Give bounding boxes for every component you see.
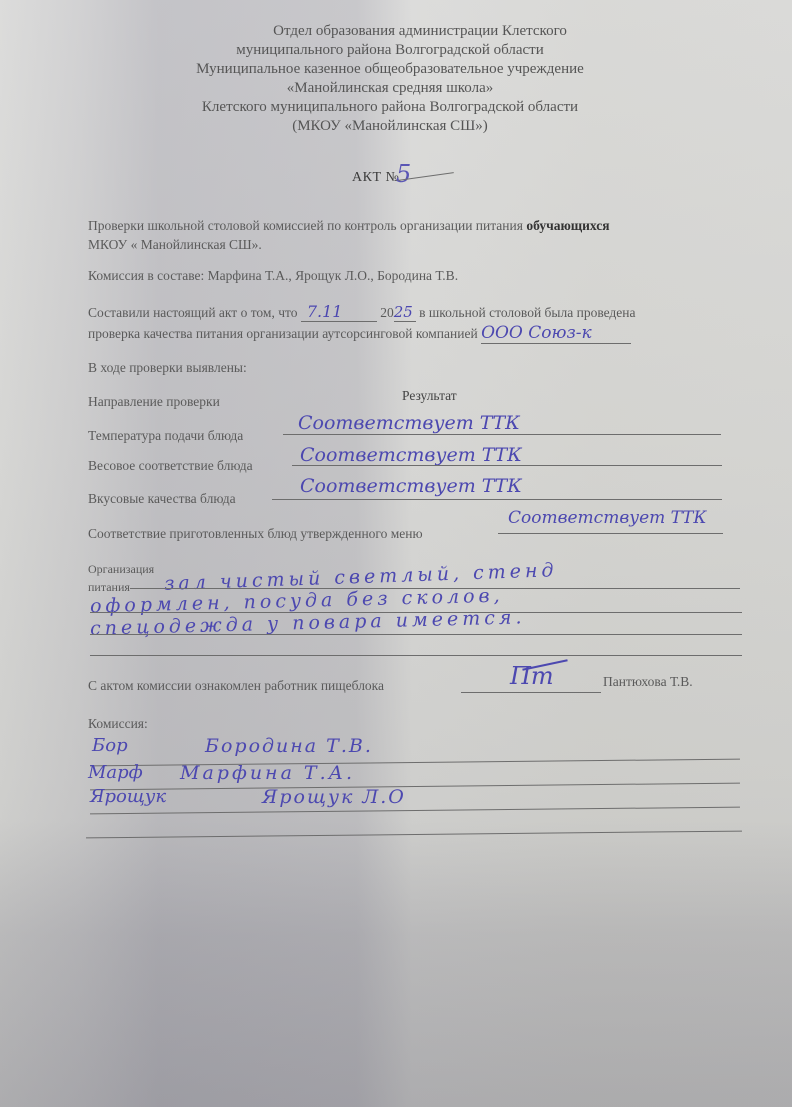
column-direction: Направление проверки <box>88 394 220 410</box>
compiled-suffix: в школьной столовой была проведена <box>419 305 635 320</box>
finding-row-rule <box>272 499 722 500</box>
acknowledgement-text: С актом комиссии ознакомлен работник пищ… <box>88 678 384 694</box>
organization-rule <box>90 634 742 635</box>
header-line: Муниципальное казенное общеобразовательн… <box>140 60 640 79</box>
acknowledgement-rule <box>461 692 601 693</box>
finding-row-label: Вкусовые качества блюда <box>88 491 236 507</box>
header-line: «Манойлинская средняя школа» <box>140 79 640 98</box>
finding-row-value: Соответствует ТТК <box>508 508 707 528</box>
intro-line-2: МКОУ « Манойлинская СШ». <box>88 237 262 253</box>
commission-title: Комиссия: <box>88 716 148 732</box>
intro-line-1: Проверки школьной столовой комиссией по … <box>88 218 610 234</box>
compiled-year: 25 <box>394 303 416 322</box>
header-line: Отдел образования администрации Клетског… <box>140 22 640 41</box>
finding-row-rule <box>283 434 721 435</box>
compiled-date: 7.11 <box>301 302 377 322</box>
outsourcing-company: ООО Союз-к <box>481 323 631 344</box>
intro-text: Проверки школьной столовой комиссией по … <box>88 218 523 233</box>
commission-signature: Бор <box>92 735 128 756</box>
commission-members: Комиссия в составе: Марфина Т.А., Ярощук… <box>88 268 458 284</box>
header-line: (МКОУ «Манойлинская СШ») <box>140 117 640 136</box>
compiled-line-1: Составили настоящий акт о том, что 7.11 … <box>88 302 636 322</box>
finding-row-value: Соответствует ТТК <box>300 475 522 497</box>
document-page: Отдел образования администрации Клетског… <box>0 0 792 1107</box>
organization-rule <box>90 655 742 656</box>
header-line: муниципального района Волгоградской обла… <box>140 41 640 60</box>
commission-rule <box>86 831 742 839</box>
organization-label: питания <box>88 580 130 595</box>
compiled-line-2: проверка качества питания организации ау… <box>88 323 631 344</box>
document-header: Отдел образования администрации Клетског… <box>140 22 640 136</box>
commission-member-name: Бородина Т.В. <box>205 735 373 757</box>
compiled-prefix: Составили настоящий акт о том, что <box>88 305 297 320</box>
compiled-year-prefix: 20 <box>380 305 394 320</box>
finding-row-value: Соответствует ТТК <box>300 444 522 466</box>
commission-member-name: Ярощук Л.О <box>262 786 406 808</box>
commission-rule <box>90 807 740 815</box>
findings-title: В ходе проверки выявлены: <box>88 360 247 376</box>
commission-signature: Марф <box>88 762 143 783</box>
column-result: Результат <box>402 388 457 404</box>
finding-row-value: Соответствует ТТК <box>298 412 520 434</box>
intro-bold: обучающихся <box>526 218 609 233</box>
finding-row-rule <box>498 533 723 534</box>
finding-row-rule <box>292 465 722 466</box>
organization-label: Организация <box>88 562 154 577</box>
finding-row-label: Соответствие приготовленных блюд утвержд… <box>88 526 423 542</box>
worker-name: Пантюхова Т.В. <box>603 674 693 690</box>
commission-signature: Ярощук <box>90 786 166 807</box>
commission-member-name: Марфина Т.А. <box>180 762 355 784</box>
compiled-line-2-text: проверка качества питания организации ау… <box>88 326 478 341</box>
finding-row-label: Весовое соответствие блюда <box>88 458 253 474</box>
act-title: АКТ № <box>352 170 399 186</box>
act-number: 5 <box>396 160 411 188</box>
header-line: Клетского муниципального района Волгогра… <box>140 98 640 117</box>
finding-row-label: Температура подачи блюда <box>88 428 243 444</box>
